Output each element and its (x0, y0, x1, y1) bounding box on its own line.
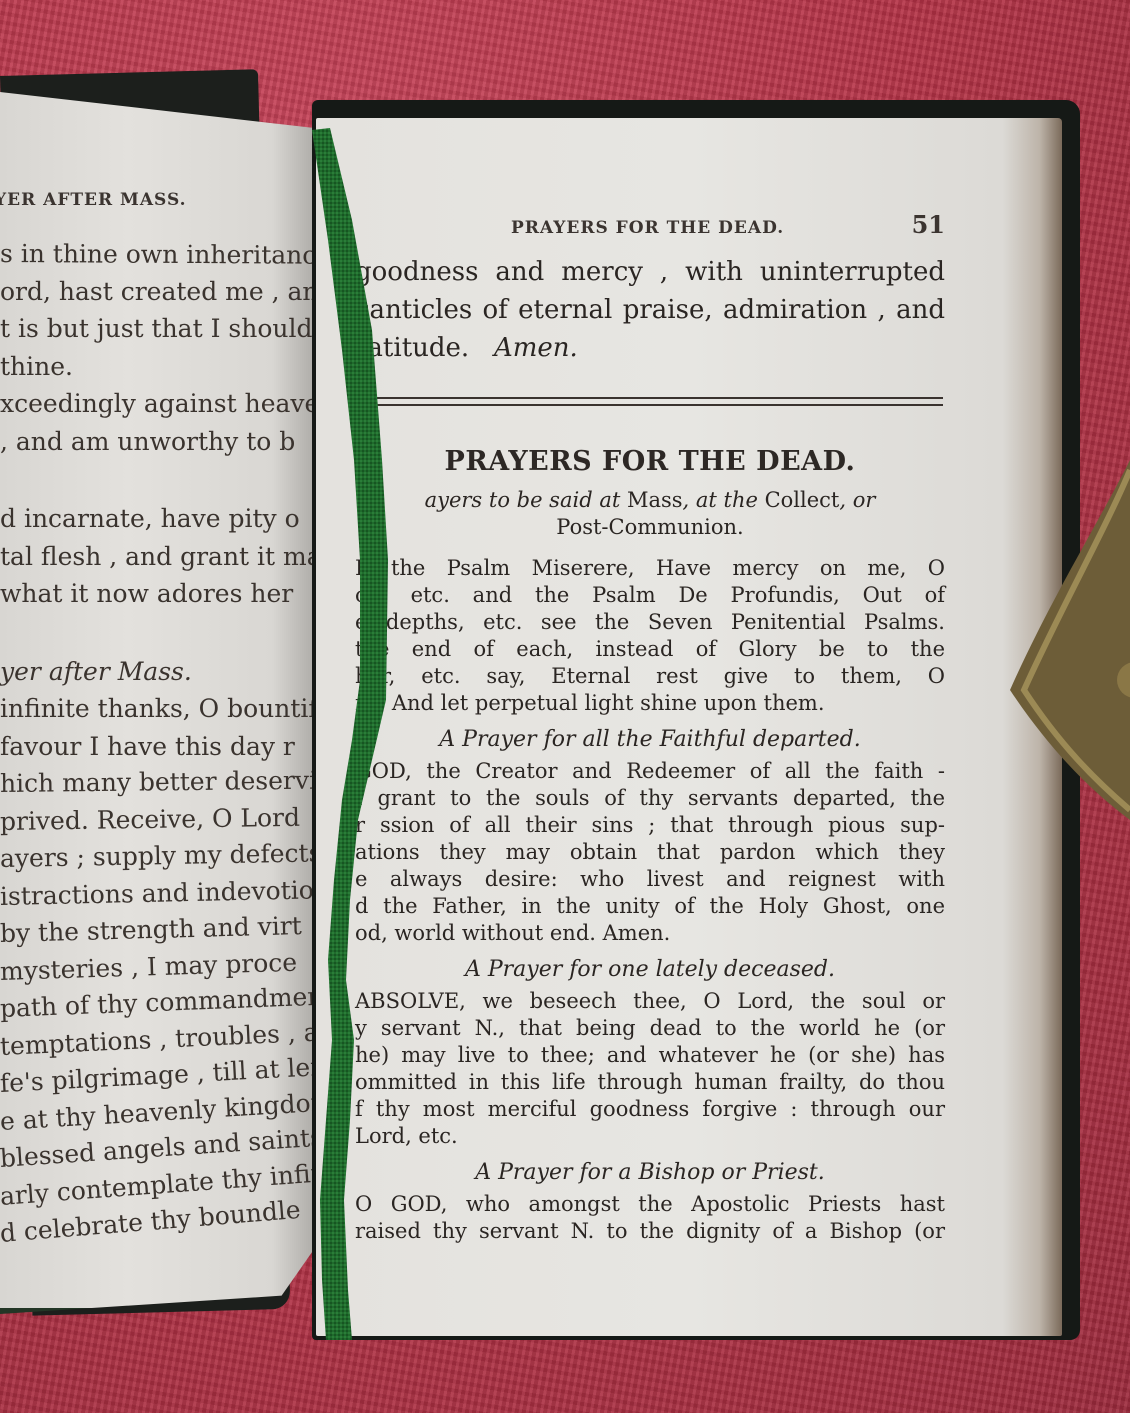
brass-clasp (1010, 460, 1130, 820)
section-title: yer after Mass. (0, 653, 318, 691)
subheading-text: Post-Communion. (355, 514, 945, 541)
left-page-text: YER AFTER MASS. s in thine own inheritan… (0, 185, 318, 1253)
text-line: prived. Receive, O Lord (0, 798, 318, 840)
text-line: d the Father, in the unity of the Holy G… (355, 893, 945, 920)
section-heading: PRAYERS FOR THE DEAD. (355, 446, 945, 477)
text-line: F the Psalm Miserere, Have mercy on me, … (355, 555, 945, 582)
text-line: GOD, the Creator and Redeemer of all the… (355, 758, 945, 785)
text-line: e always desire: who livest and reignest… (355, 866, 945, 893)
left-running-head: YER AFTER MASS. (0, 185, 318, 215)
amen-text: Amen. (494, 333, 578, 363)
text-line: xceedingly against heaven (0, 385, 318, 423)
text-line: ratitude. Amen. (355, 329, 945, 367)
subheading-text: Mass (627, 488, 683, 512)
prayer-section: A Prayer for one lately deceased. ABSOLV… (355, 957, 945, 1150)
page-number: 51 (912, 210, 945, 239)
text-line: infinite thanks, O bountif (0, 690, 318, 728)
subheading-text: Collect (765, 488, 840, 512)
text-line: s in thine own inheritance; (0, 235, 318, 274)
text-line: Lord, etc. (355, 1123, 945, 1150)
rubric-block: F the Psalm Miserere, Have mercy on me, … (355, 555, 945, 717)
text-line: her, etc. say, Eternal rest give to them… (355, 663, 945, 690)
text-line: hich many better deservi (0, 762, 318, 803)
text-line: thine. (0, 348, 318, 386)
text-line: ABSOLVE, we beseech thee, O Lord, the so… (355, 988, 945, 1015)
running-head-title: PRAYERS FOR THE DEAD. (511, 218, 784, 238)
text-line: raised thy servant N. to the dignity of … (355, 1218, 945, 1245)
text-line: d incarnate, have pity o (0, 500, 318, 538)
text-line: y servant N., that being dead to the wor… (355, 1015, 945, 1042)
text-line: favour I have this day r (0, 728, 318, 766)
section-title: A Prayer for all the Faithful departed. (355, 727, 945, 752)
text-line: he) may live to thee; and whatever he (o… (355, 1042, 945, 1069)
text-line: f grant to the souls of thy servants dep… (355, 785, 945, 812)
text-line: what it now adores her (0, 575, 318, 613)
text-line: ayers ; supply my defects (0, 834, 318, 877)
double-rule-divider (373, 397, 943, 406)
subheading-text: ayers to be said at (425, 488, 627, 512)
prayer-section: A Prayer for a Bishop or Priest. O GOD, … (355, 1160, 945, 1245)
text-line: tal flesh , and grant it may (0, 538, 318, 576)
text-line: O GOD, who amongst the Apostolic Priests… (355, 1191, 945, 1218)
text-line: rd. And let perpetual light shine upon t… (355, 690, 945, 717)
text-line: t is but just that I should (0, 310, 318, 348)
prayer-section: A Prayer for all the Faithful departed. … (355, 727, 945, 947)
subheading-text: , or (839, 488, 875, 512)
right-page-text: PRAYERS FOR THE DEAD. 51 goodness and me… (355, 210, 945, 1245)
text-line: goodness and mercy , with uninterrupted (355, 253, 945, 291)
subheading: ayers to be said at Mass, at the Collect… (355, 487, 945, 541)
text-line: od, world without end. Amen. (355, 920, 945, 947)
running-head: PRAYERS FOR THE DEAD. 51 (355, 210, 945, 239)
text-line: od, etc. and the Psalm De Profundis, Out… (355, 582, 945, 609)
text-line: ord, hast created me , and (0, 273, 318, 311)
photo-scene: YER AFTER MASS. s in thine own inheritan… (0, 0, 1130, 1413)
text-line: the end of each, instead of Glory be to … (355, 636, 945, 663)
section-title: A Prayer for one lately deceased. (355, 957, 945, 982)
text-line: ommitted in this life through human frai… (355, 1069, 945, 1096)
text-line: ations they may obtain that pardon which… (355, 839, 945, 866)
text-line: e depths, etc. see the Seven Penitential… (355, 609, 945, 636)
text-line: r ssion of all their sins ; that through… (355, 812, 945, 839)
section-title: A Prayer for a Bishop or Priest. (355, 1160, 945, 1185)
text-line: f thy most merciful goodness forgive : t… (355, 1096, 945, 1123)
subheading-text: , at the (683, 488, 765, 512)
text-line: canticles of eternal praise, admiration … (355, 291, 945, 329)
text-line: , and am unworthy to b (0, 423, 318, 461)
